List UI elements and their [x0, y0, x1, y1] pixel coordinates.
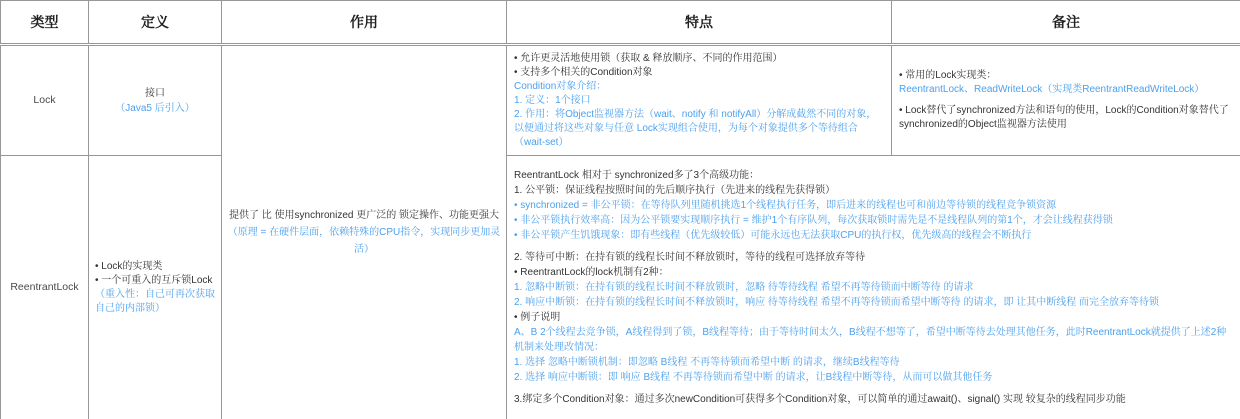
- reentrantlock-detail-line: 2. 等待可中断：在持有锁的线程长时间不释放锁时，等待的线程可选择放弃等待: [514, 250, 1233, 265]
- reentrantlock-detail-line: • 例子说明: [514, 310, 1233, 325]
- lock-type-label: Lock: [2, 93, 87, 108]
- header-row: 类型 定义 作用 特点 备注: [1, 1, 1240, 45]
- header-action: 作用: [222, 1, 507, 45]
- reentrantlock-detail-line: • ReentrantLock的lock机制有2种：: [514, 265, 1233, 280]
- reentrantlock-type-cell: ReentrantLock: [1, 156, 89, 419]
- reentrantlock-detail-line: A、B 2个线程去竞争锁，A线程得到了锁，B线程等待；由于等待时间太久，B线程不…: [514, 325, 1233, 355]
- reentrantlock-detail-line: 3.绑定多个Condition对象：通过多次newCondition可获得多个C…: [514, 392, 1233, 407]
- lock-note-line: • Lock替代了synchronized方法和语句的使用，Lock的Condi…: [899, 104, 1233, 132]
- reentrantlock-definition-line: • 一个可重入的互斥锁Lock: [95, 274, 215, 288]
- reentrantlock-definition-cell: • Lock的实现类 • 一个可重入的互斥锁Lock （重入性：自己可再次获取自…: [89, 156, 222, 419]
- lock-definition-cell: 接口 （Java5 后引入）: [89, 45, 222, 156]
- lock-note-line: ReentrantLock、ReadWriteLock（实现类Reentrant…: [899, 83, 1233, 97]
- reentrantlock-detail-line: 2. 响应中断锁：在持有锁的线程长时间不释放锁时，响应 待等待线程 希望不再等待…: [514, 295, 1233, 310]
- lock-type-cell: Lock: [1, 45, 89, 156]
- lock-feature-line: • 支持多个相关的Condition对象: [514, 66, 884, 80]
- reentrantlock-detail-line: 1. 公平锁：保证线程按照时间的先后顺序执行（先进来的线程先获得锁）: [514, 183, 1233, 198]
- reentrantlock-definition-line: （重入性：自己可再次获取自己的内部锁）: [95, 288, 215, 316]
- header-notes: 备注: [892, 1, 1240, 45]
- reentrantlock-detail-line: • 非公平锁执行效率高：因为公平锁要实现顺序执行 = 维护1个有序队列，每次获取…: [514, 213, 1233, 228]
- action-line-1: 提供了 比 使用synchronized 更广泛的 锁定操作、功能更强大: [226, 207, 502, 224]
- reentrantlock-detail-line: • synchronized = 非公平锁：在等待队列里随机挑选1个线程执行任务…: [514, 198, 1233, 213]
- reentrantlock-definition-line: • Lock的实现类: [95, 260, 215, 274]
- lock-definition-name: 接口: [90, 86, 220, 101]
- lock-comparison-page: 类型 定义 作用 特点 备注 Lock 接口 （Java5 后引入） 提供了 比…: [0, 0, 1240, 419]
- reentrantlock-type-label: ReentrantLock: [2, 280, 87, 295]
- lock-row: Lock 接口 （Java5 后引入） 提供了 比 使用synchronized…: [1, 45, 1240, 156]
- lock-comparison-table: 类型 定义 作用 特点 备注 Lock 接口 （Java5 后引入） 提供了 比…: [0, 0, 1240, 419]
- reentrantlock-detail-line: 2. 选择 响应中断锁：即 响应 B线程 不再等待锁而希望中断 的请求，让B线程…: [514, 370, 1233, 385]
- reentrantlock-detail-line: 1. 忽略中断锁：在持有锁的线程长时间不释放锁时，忽略 待等待线程 希望不再等待…: [514, 280, 1233, 295]
- action-cell: 提供了 比 使用synchronized 更广泛的 锁定操作、功能更强大 （原理…: [222, 45, 507, 419]
- reentrantlock-row: ReentrantLock • Lock的实现类 • 一个可重入的互斥锁Lock…: [1, 156, 1240, 419]
- header-features: 特点: [507, 1, 892, 45]
- header-definition: 定义: [89, 1, 222, 45]
- lock-feature-line: Condition对象介绍：: [514, 80, 884, 94]
- reentrantlock-detail-line: ReentrantLock 相对于 synchronized多了3个高级功能：: [514, 168, 1233, 183]
- lock-features-cell: • 允许更灵活地使用锁（获取 & 释放顺序、不同的作用范围） • 支持多个相关的…: [507, 45, 892, 156]
- action-line-2: （原理 = 在硬件层面，依赖特殊的CPU指令，实现同步更加灵活）: [226, 224, 502, 258]
- lock-feature-line: • 允许更灵活地使用锁（获取 & 释放顺序、不同的作用范围）: [514, 52, 884, 66]
- lock-feature-line: 2. 作用：将Object监视器方法（wait、notify 和 notifyA…: [514, 108, 884, 150]
- lock-feature-line: 1. 定义：1个接口: [514, 94, 884, 108]
- reentrantlock-detail-line: • 非公平锁产生饥饿现象：即有些线程（优先级较低）可能永远也无法获取CPU的执行…: [514, 228, 1233, 243]
- header-type: 类型: [1, 1, 89, 45]
- lock-note-line: • 常用的Lock实现类：: [899, 69, 1233, 83]
- reentrantlock-detail-line: 1. 选择 忽略中断锁机制：即忽略 B线程 不再等待锁而希望中断 的请求，继续B…: [514, 355, 1233, 370]
- lock-definition-note: （Java5 后引入）: [90, 101, 220, 116]
- lock-notes-cell: • 常用的Lock实现类： ReentrantLock、ReadWriteLoc…: [892, 45, 1240, 156]
- reentrantlock-details-cell: ReentrantLock 相对于 synchronized多了3个高级功能： …: [507, 156, 1240, 419]
